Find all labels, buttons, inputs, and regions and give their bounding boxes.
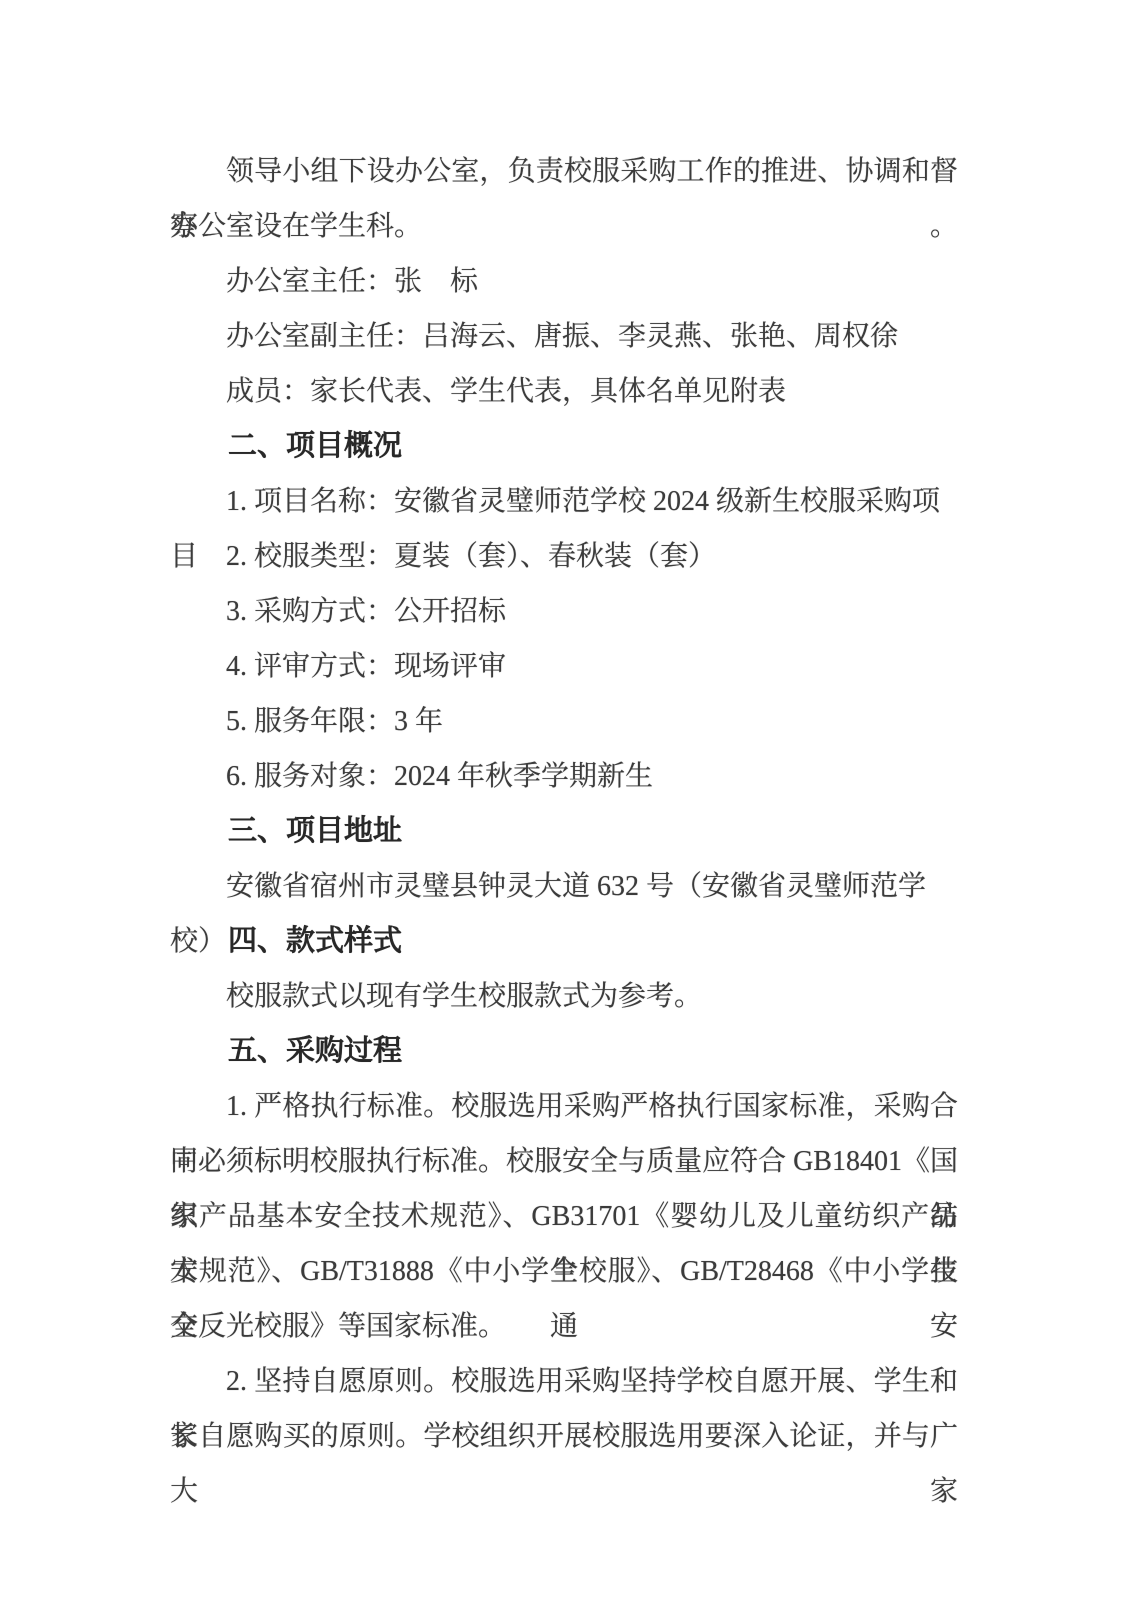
section-heading: 四、款式样式 [170,914,958,969]
text-line: 5. 服务年限：3 年 [170,694,958,749]
section-heading: 三、项目地址 [170,804,958,859]
text-line: 办公室副主任：吕海云、唐振、李灵燕、张艳、周权徐 [170,309,958,364]
section-heading: 五、采购过程 [170,1024,958,1079]
text-line: 长自愿购买的原则。学校组织开展校服选用要深入论证，并与广大家 [170,1409,958,1464]
text-line: 织产品基本安全技术规范》、GB31701《婴幼儿及儿童纺织产品安全技 [170,1189,958,1244]
text-line: 术规范》、GB/T31888《中小学生校服》、GB/T28468《中小学生交通安 [170,1244,958,1299]
text-line: 校服款式以现有学生校服款式为参考。 [170,969,958,1024]
text-line: 中必须标明校服执行标准。校服安全与质量应符合 GB18401《国家纺 [170,1134,958,1189]
text-line: 2. 校服类型：夏装（套）、春秋装（套） [170,529,958,584]
text-line: 1. 严格执行标准。校服选用采购严格执行国家标准，采购合同 [170,1079,958,1134]
text-line: 成员：家长代表、学生代表，具体名单见附表 [170,364,958,419]
text-block: 领导小组下设办公室，负责校服采购工作的推进、协调和督察。办公室设在学生科。办公室… [170,144,958,1464]
text-line: 办公室主任：张 标 [170,254,958,309]
section-heading: 二、项目概况 [170,419,958,474]
text-line: 2. 坚持自愿原则。校服选用采购坚持学校自愿开展、学生和家 [170,1354,958,1409]
document-page: 领导小组下设办公室，负责校服采购工作的推进、协调和督察。办公室设在学生科。办公室… [0,0,1130,1600]
text-line: 1. 项目名称：安徽省灵璧师范学校 2024 级新生校服采购项目 [170,474,958,529]
text-line: 安徽省宿州市灵璧县钟灵大道 632 号（安徽省灵璧师范学校） [170,859,958,914]
text-line: 6. 服务对象：2024 年秋季学期新生 [170,749,958,804]
text-line: 3. 采购方式：公开招标 [170,584,958,639]
text-line: 领导小组下设办公室，负责校服采购工作的推进、协调和督察。 [170,144,958,199]
text-line: 4. 评审方式：现场评审 [170,639,958,694]
